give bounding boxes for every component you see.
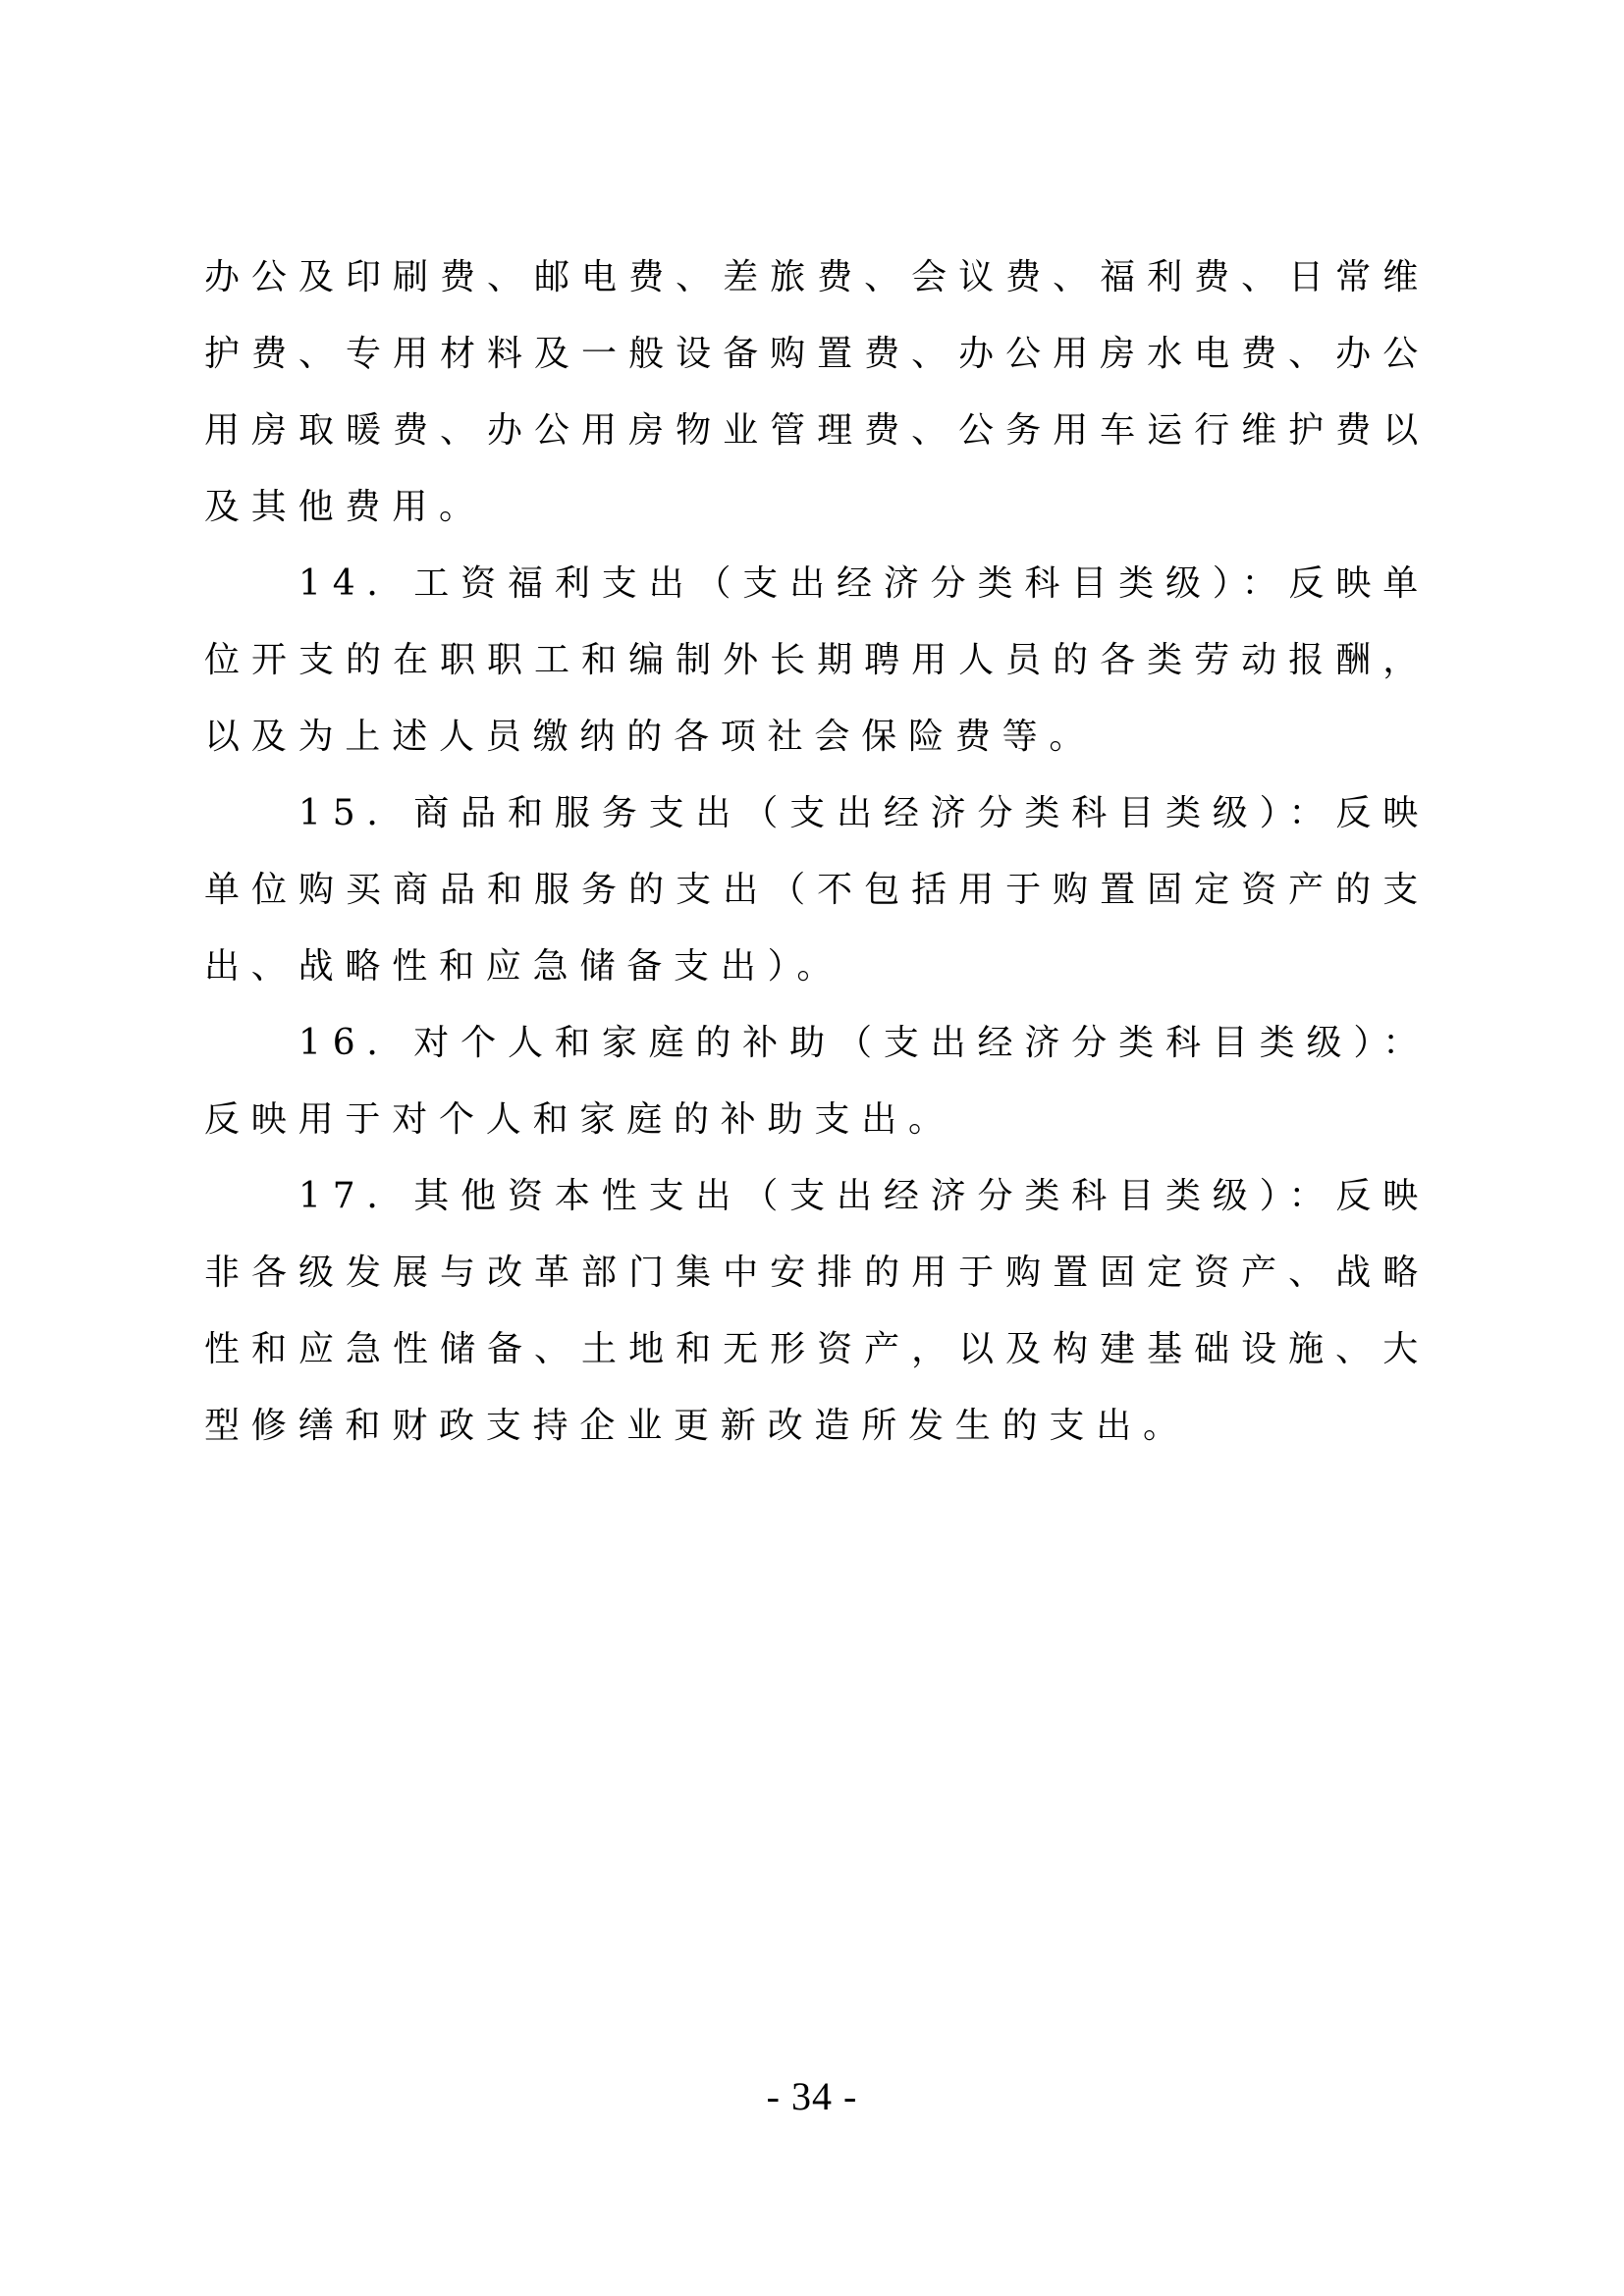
paragraph-item-14: 14．工资福利支出（支出经济分类科目类级）：反映单位开支的在职职工和编制外长期聘…	[204, 546, 1430, 775]
paragraph-item-17: 17．其他资本性支出（支出经济分类科目类级）：反映非各级发展与改革部门集中安排的…	[204, 1158, 1430, 1465]
page-number: - 34 -	[0, 2073, 1624, 2120]
paragraph-continuation: 办公及印刷费、邮电费、差旅费、会议费、福利费、日常维护费、专用材料及一般设备购置…	[204, 240, 1430, 546]
document-page: 办公及印刷费、邮电费、差旅费、会议费、福利费、日常维护费、专用材料及一般设备购置…	[0, 0, 1624, 2296]
document-body: 办公及印刷费、邮电费、差旅费、会议费、福利费、日常维护费、专用材料及一般设备购置…	[204, 240, 1430, 1465]
paragraph-item-15: 15．商品和服务支出（支出经济分类科目类级）：反映单位购买商品和服务的支出（不包…	[204, 775, 1430, 1005]
paragraph-item-16: 16．对个人和家庭的补助（支出经济分类科目类级）：反映用于对个人和家庭的补助支出…	[204, 1005, 1430, 1158]
